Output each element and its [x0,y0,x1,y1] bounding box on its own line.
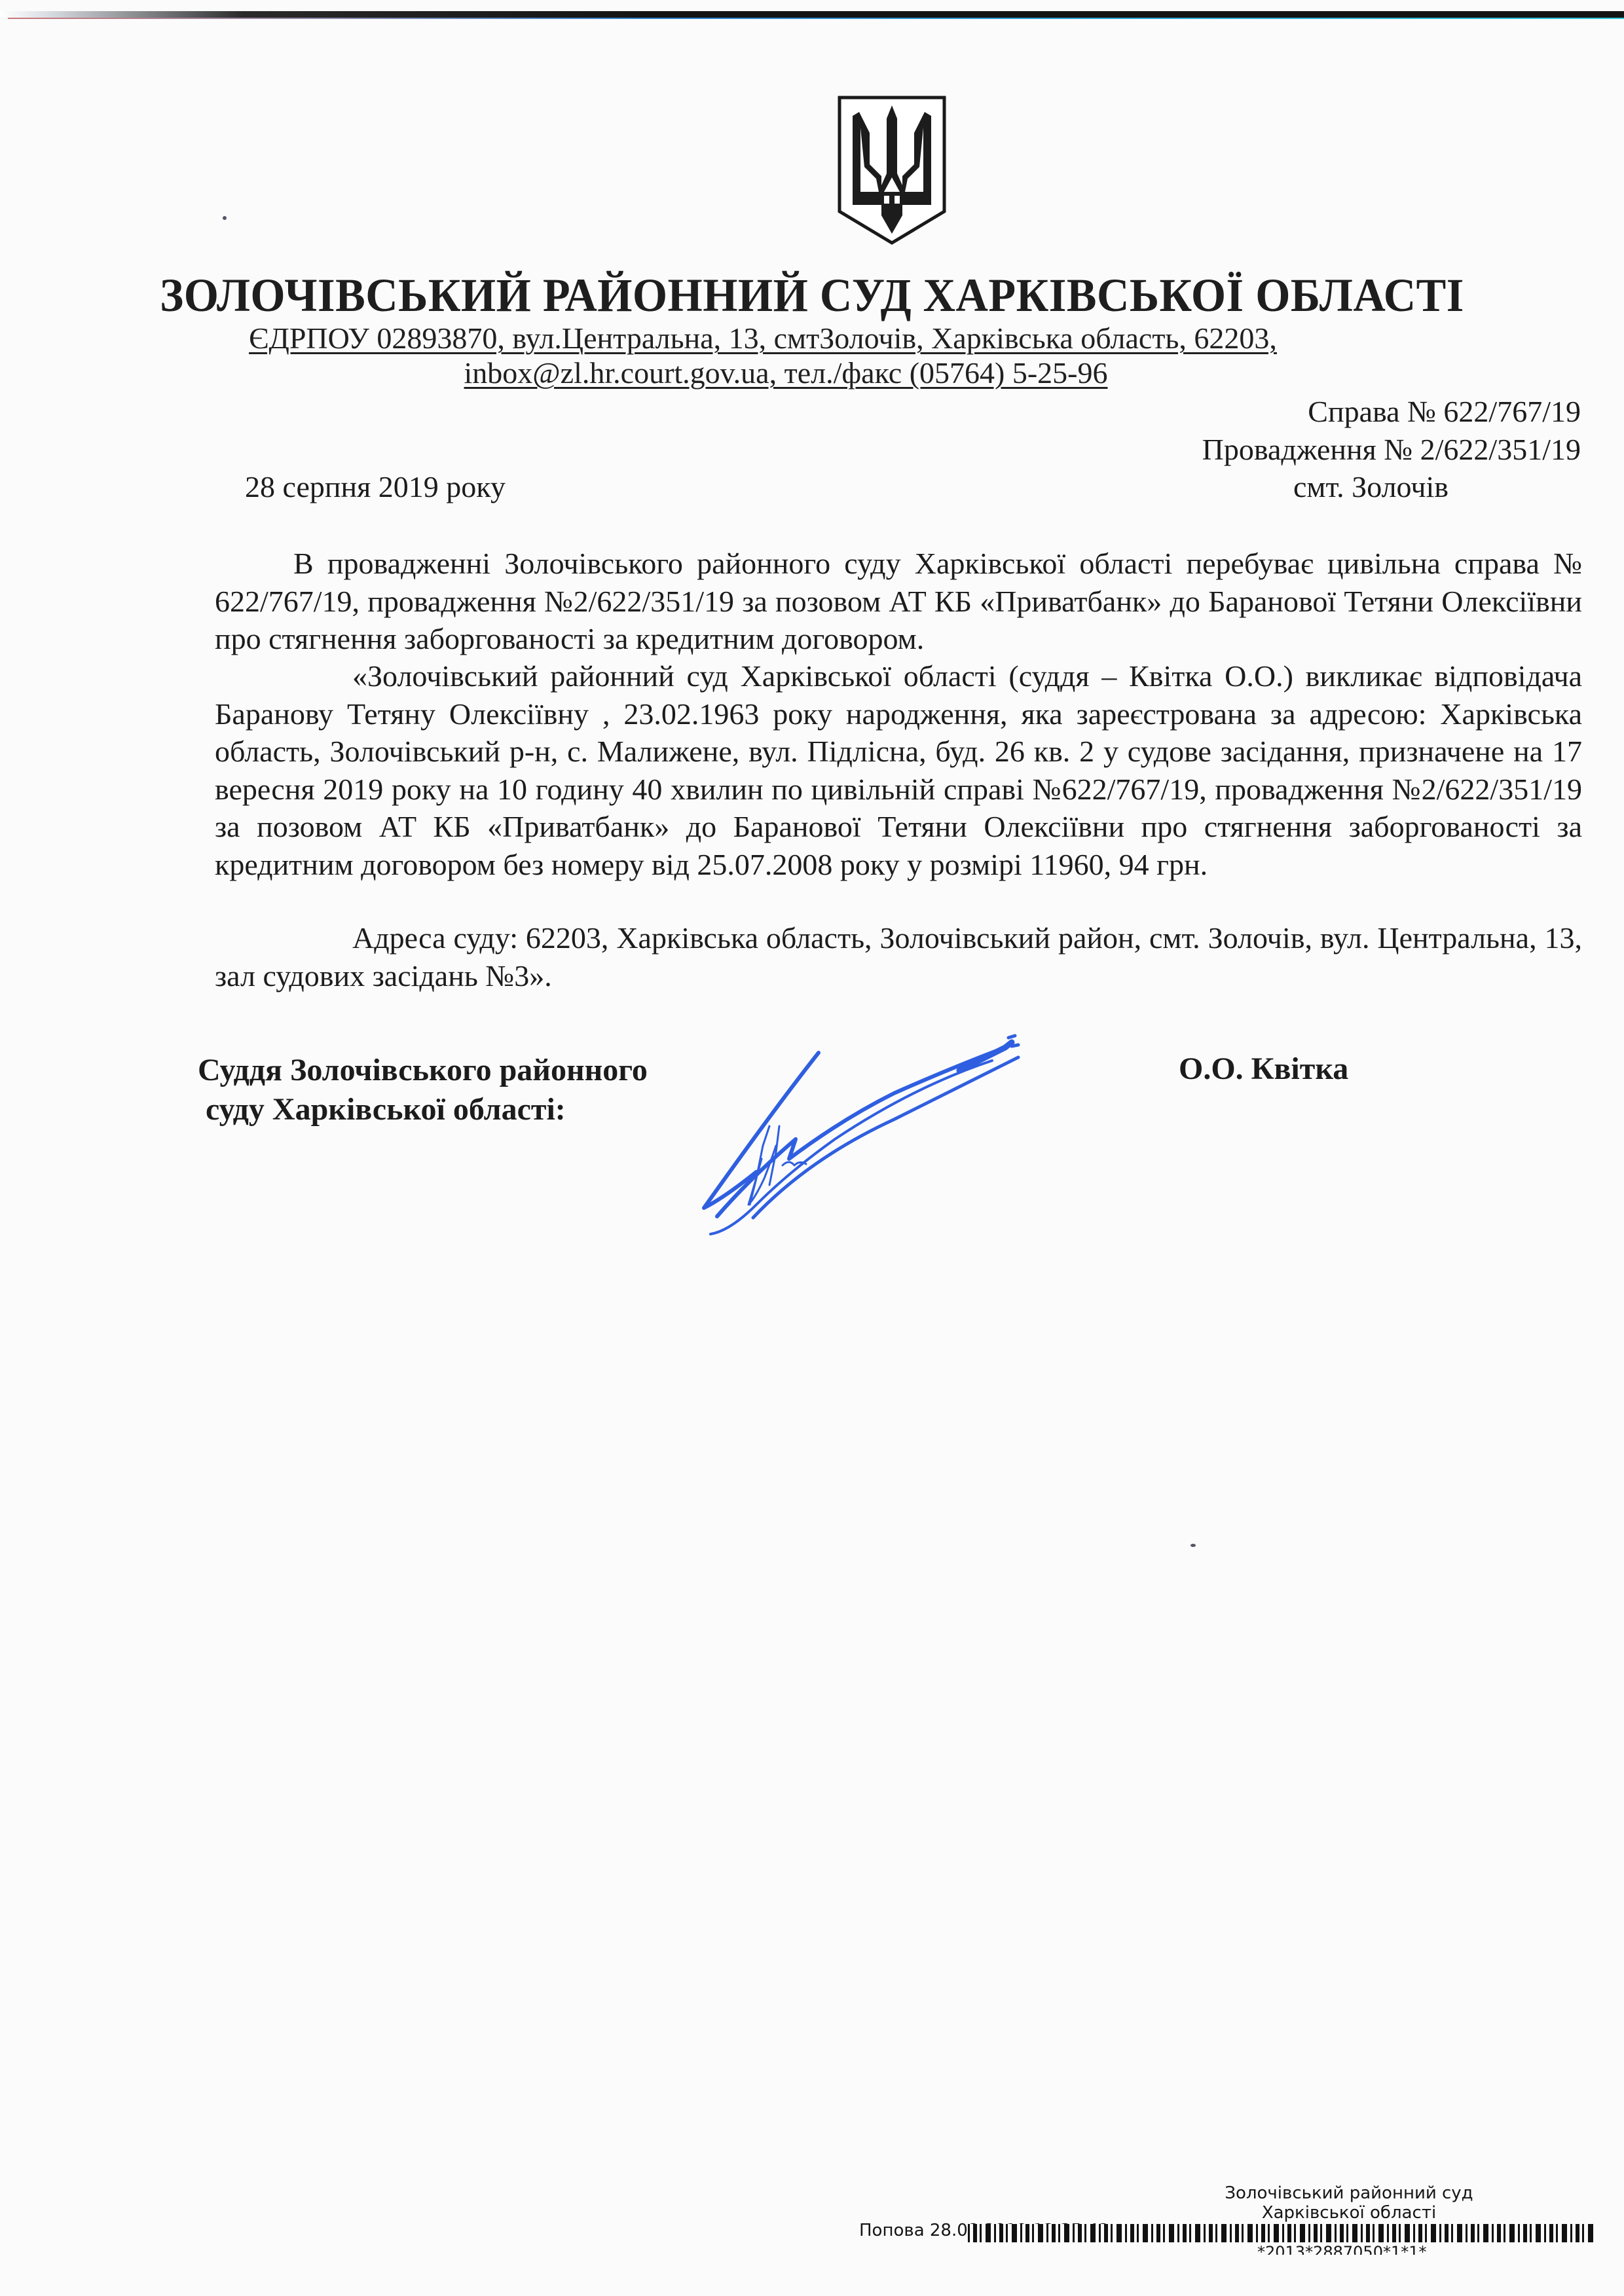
paragraph-3-text: Адреса суду: 62203, Харківська область, … [215,921,1582,993]
court-address-line: ЄДРПОУ 02893870, вул.Центральна, 13, смт… [0,321,1575,355]
scan-speck [223,216,227,220]
judge-name: О.О. Квітка [1179,1051,1348,1087]
proceeding-number: Провадження № 2/622/351/19 [1202,432,1581,467]
judge-title-line-2: суду Харківської області: [198,1090,648,1129]
paragraph-1-text: В провадженні Золочівського районного су… [215,547,1582,655]
document-date: 28 серпня 2019 року [245,469,506,504]
trident-coat-of-arms-icon [837,94,947,246]
stamp-court-line-2: Харківської області [1205,2203,1493,2223]
paragraph-case-info: В провадженні Золочівського районного су… [215,545,1582,658]
scan-edge-line [8,18,1624,19]
barcode-number: *2013*2887050*1*1* [1257,2243,1427,2255]
court-name-heading: ЗОЛОЧІВСЬКИЙ РАЙОННИЙ СУД ХАРКІВСЬКОЇ ОБ… [41,268,1583,323]
judge-title-line-1: Суддя Золочівського районного [198,1051,648,1090]
court-address-text: ЄДРПОУ 02893870, вул.Центральна, 13, смт… [249,321,1277,355]
case-number: Справа № 622/767/19 [1308,394,1581,429]
paragraph-court-address: Адреса суду: 62203, Харківська область, … [215,919,1582,994]
handwritten-signature-icon [678,1008,1189,1244]
scan-speck [1190,1544,1196,1547]
court-contact-line: inbox@zl.hr.court.gov.ua, тел./факс (057… [0,355,1598,390]
registration-barcode [968,2224,1596,2242]
paragraph-summons: «Золочівський районний суд Харківської о… [215,657,1582,883]
court-contact-text: inbox@zl.hr.court.gov.ua, тел./факс (057… [464,356,1108,390]
paragraph-2-text: «Золочівський районний суд Харківської о… [215,659,1582,881]
registration-stamp-court: Золочівський районний суд Харківської об… [1205,2183,1493,2223]
stamp-court-line-1: Золочівський районний суд [1205,2183,1493,2203]
document-place: смт. Золочів [1293,469,1449,504]
scan-edge-shadow [0,11,1624,18]
judge-title: Суддя Золочівського районного суду Харкі… [198,1051,648,1129]
